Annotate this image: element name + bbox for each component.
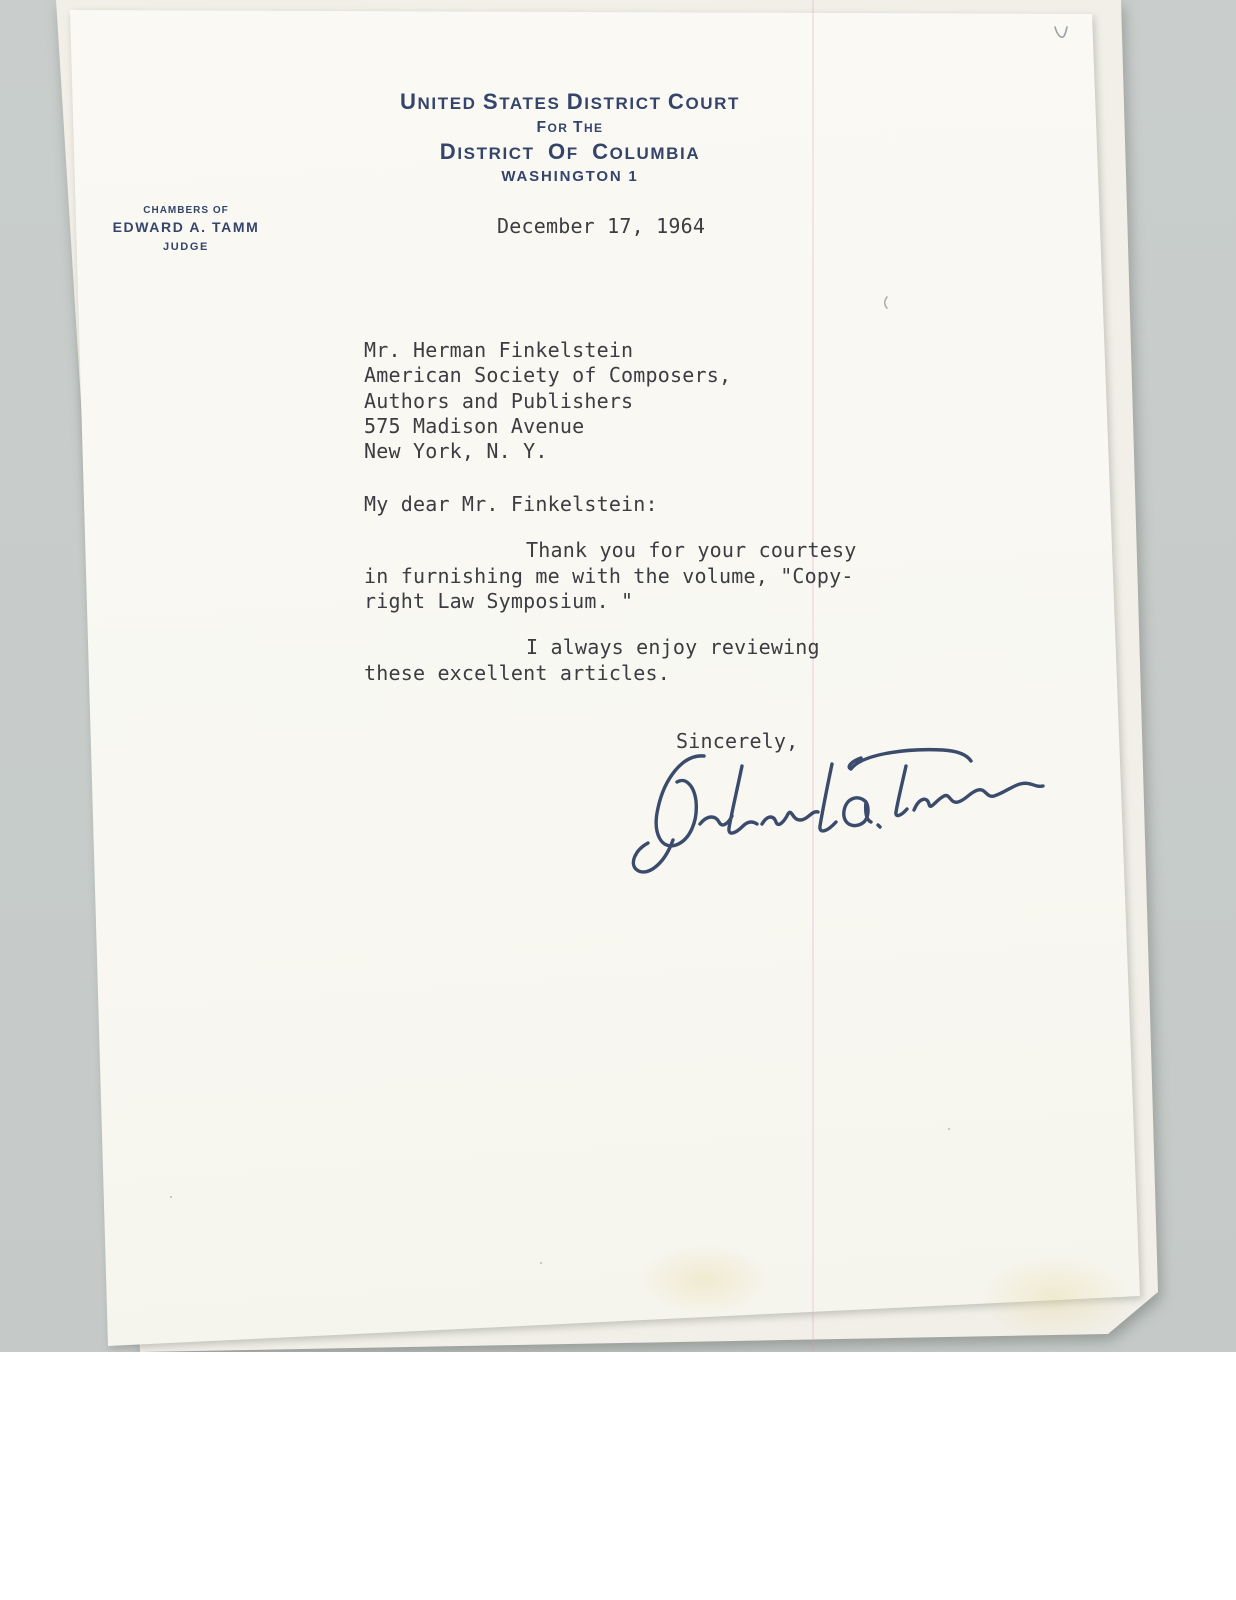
chambers-of-label: CHAMBERS OF (96, 206, 276, 216)
judge-title-label: JUDGE (96, 242, 276, 253)
court-district-line: DISTRICT OF COLUMBIA (320, 141, 820, 163)
recipient-name: Mr. Herman Finkelstein (364, 338, 731, 363)
court-city-line: WASHINGTON 1 (320, 169, 820, 184)
letter-content: UNITED STATES DISTRICT COURT FOR THE DIS… (0, 0, 1236, 1600)
recipient-org-line2: Authors and Publishers (364, 389, 731, 414)
date-line: December 17, 1964 (497, 214, 705, 238)
body-line: in furnishing me with the volume, "Copy- (364, 564, 857, 590)
body-line: right Law Symposium. " (364, 589, 857, 615)
letterhead-court-block: UNITED STATES DISTRICT COURT FOR THE DIS… (320, 91, 820, 184)
judge-name-label: EDWARD A. TAMM (96, 220, 276, 234)
recipient-org-line1: American Society of Composers, (364, 363, 731, 388)
body-line: Thank you for your courtesy (364, 538, 857, 564)
body-paragraph-2: I always enjoy reviewing these excellent… (364, 635, 820, 686)
body-line: these excellent articles. (364, 661, 820, 687)
court-for-the-line: FOR THE (320, 120, 820, 136)
chambers-block: CHAMBERS OF EDWARD A. TAMM JUDGE (96, 206, 276, 253)
scanned-letter-page: UNITED STATES DISTRICT COURT FOR THE DIS… (0, 0, 1236, 1600)
recipient-city: New York, N. Y. (364, 439, 731, 464)
signature (618, 728, 1058, 883)
salutation: My dear Mr. Finkelstein: (364, 492, 658, 516)
body-line: I always enjoy reviewing (364, 635, 820, 661)
recipient-street: 575 Madison Avenue (364, 414, 731, 439)
court-name-line: UNITED STATES DISTRICT COURT (320, 91, 820, 113)
recipient-address: Mr. Herman Finkelstein American Society … (364, 338, 731, 464)
body-paragraph-1: Thank you for your courtesy in furnishin… (364, 538, 857, 615)
